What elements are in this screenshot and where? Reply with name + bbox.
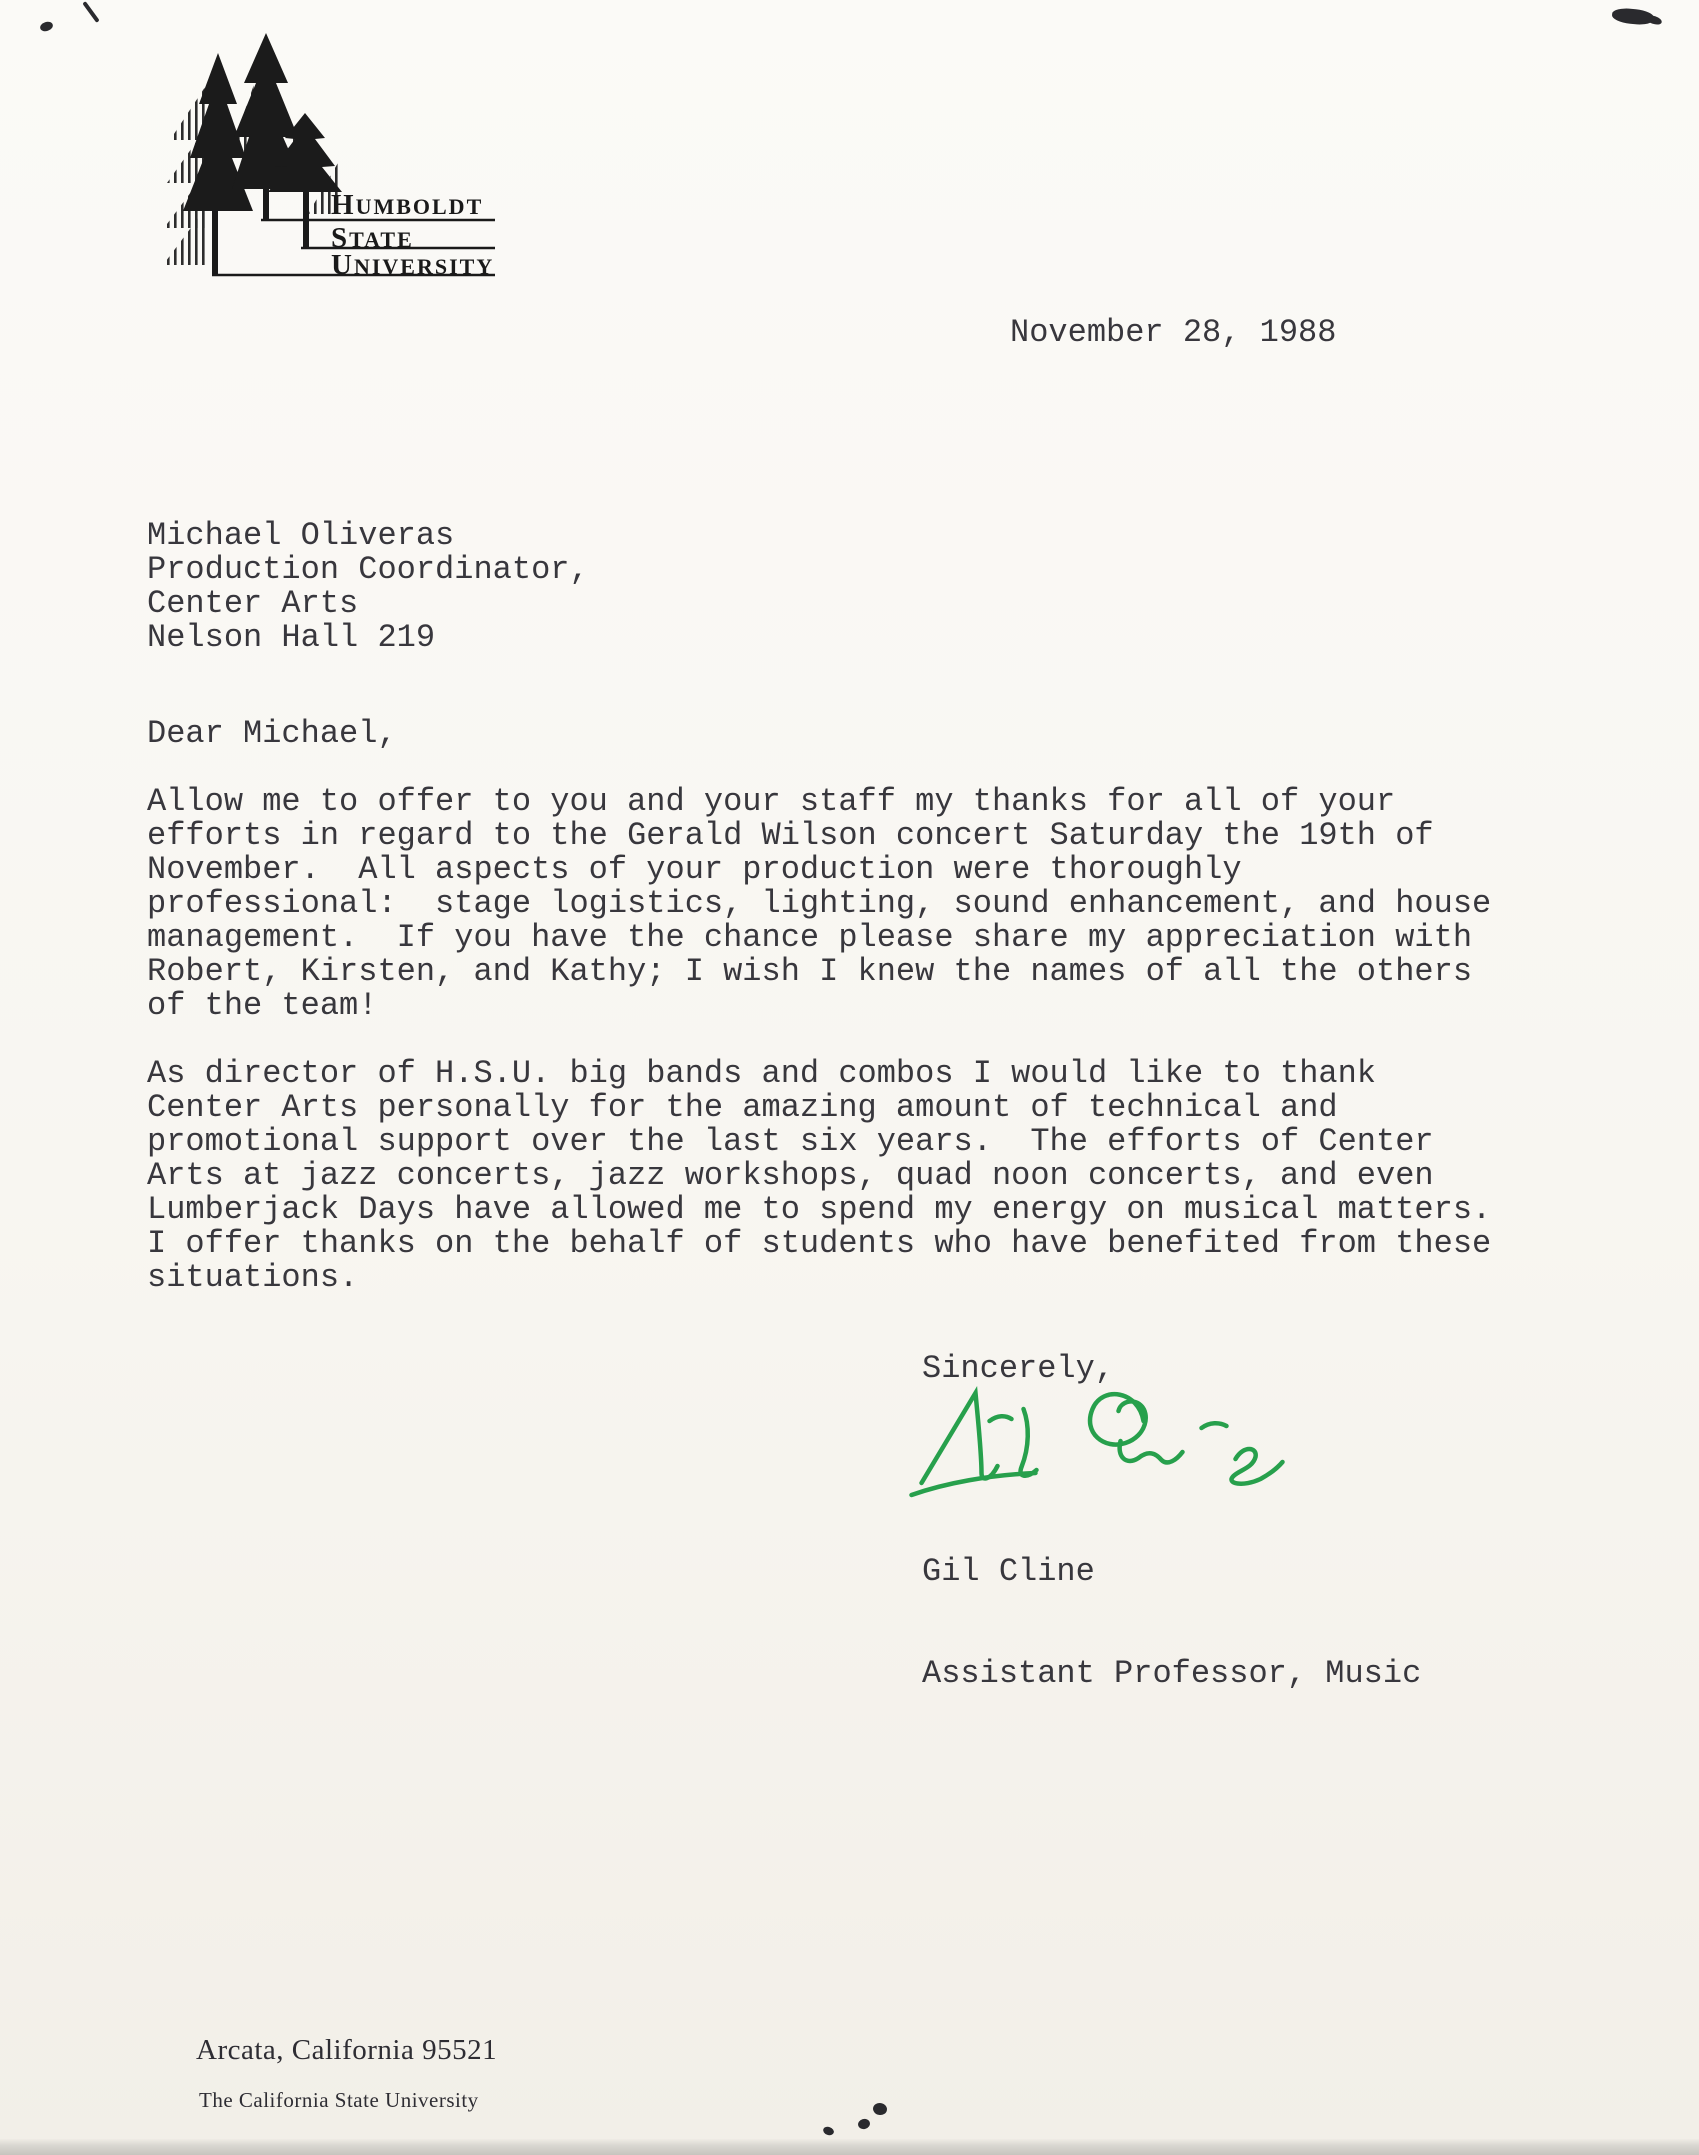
text-line: Center Arts personally for the amazing a…	[147, 1091, 1491, 1125]
text-line: Center Arts	[147, 587, 589, 621]
logo-text-initial: U	[331, 249, 354, 281]
salutation: Dear Michael,	[147, 717, 397, 751]
text-line: Allow me to offer to you and your staff …	[147, 785, 1491, 819]
text-line: November. All aspects of your production…	[147, 853, 1491, 887]
date-line: November 28, 1988	[1010, 316, 1336, 350]
text-line: management. If you have the chance pleas…	[147, 921, 1491, 955]
typed-title: Assistant Professor, Music	[922, 1657, 1421, 1691]
letterhead-logo: HUMBOLDT STATE UNIVERSITY	[146, 28, 502, 290]
recipient-address-block: Michael OliverasProduction Coordinator,C…	[147, 519, 589, 655]
solid-pine-trees	[183, 33, 342, 211]
text-line: professional: stage logistics, lighting,…	[147, 887, 1491, 921]
text-line: Arts at jazz concerts, jazz workshops, q…	[147, 1159, 1491, 1193]
text-line: Robert, Kirsten, and Kathy; I wish I kne…	[147, 955, 1491, 989]
ink-stroke-mark	[82, 1, 99, 23]
signature-block: Gil Cline Assistant Professor, Music	[922, 1487, 1421, 1725]
text-line: efforts in regard to the Gerald Wilson c…	[147, 819, 1491, 853]
typed-name: Gil Cline	[922, 1555, 1421, 1589]
ink-speck	[1645, 14, 1663, 27]
scanned-letter-page: { "colors": { "paper": "#f8f6f1", "paper…	[0, 0, 1699, 2155]
logo-text-university: UNIVERSITY	[331, 251, 494, 280]
footer-city-line: Arcata, California 95521	[196, 2034, 497, 2067]
logo-text-humboldt: HUMBOLDT	[331, 191, 483, 220]
logo-text-rest: NIVERSITY	[354, 254, 494, 279]
ink-speck	[822, 2125, 835, 2136]
text-line: Nelson Hall 219	[147, 621, 589, 655]
logo-text-rest: TATE	[349, 227, 414, 252]
text-line: situations.	[147, 1261, 1491, 1295]
body-paragraph-1: Allow me to offer to you and your staff …	[147, 785, 1491, 1023]
ink-speck	[872, 2102, 888, 2116]
ink-speck	[39, 20, 54, 33]
text-line: Michael Oliveras	[147, 519, 589, 553]
handwritten-signature	[903, 1383, 1328, 1501]
logo-text-rest: UMBOLDT	[356, 194, 484, 219]
text-line: Production Coordinator,	[147, 553, 589, 587]
scan-bottom-edge	[0, 2139, 1699, 2155]
text-line: of the team!	[147, 989, 1491, 1023]
footer-system-line: The California State University	[199, 2088, 479, 2113]
logo-text-initial: H	[331, 189, 356, 221]
text-line: Lumberjack Days have allowed me to spend…	[147, 1193, 1491, 1227]
signature-icon	[903, 1383, 1328, 1501]
valediction: Sincerely,	[922, 1352, 1114, 1386]
text-line: promotional support over the last six ye…	[147, 1125, 1491, 1159]
ink-speck	[857, 2118, 871, 2131]
text-line: I offer thanks on the behalf of students…	[147, 1227, 1491, 1261]
body-paragraph-2: As director of H.S.U. big bands and comb…	[147, 1057, 1491, 1295]
text-line: As director of H.S.U. big bands and comb…	[147, 1057, 1491, 1091]
